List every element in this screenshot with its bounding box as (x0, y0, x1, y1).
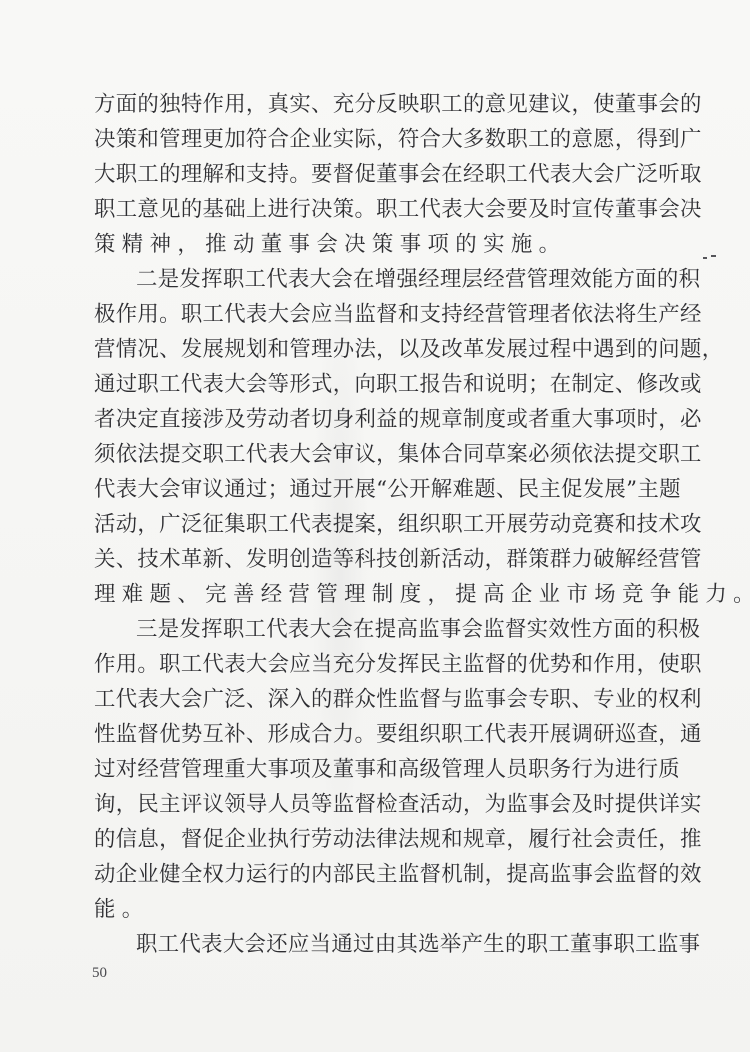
text-line: 职工意见的基础上进行决策。职工代表大会要及时宣传董事会决 (94, 192, 668, 227)
text-line: 职工代表大会还应当通过由其选举产生的职工董事职工监事 (94, 927, 668, 962)
document-page: 方面的独特作用，真实、充分反映职工的意见建议，使董事会的决策和管理更加符合企业实… (0, 0, 750, 1052)
text-line: 通过职工代表大会等形式，向职工报告和说明；在制定、修改或 (94, 367, 668, 402)
text-line: 极作用。职工代表大会应当监督和支持经营管理者依法将生产经 (94, 297, 668, 332)
text-line: 代表大会审议通过；通过开展“公开解难题、民主促发展”主题 (94, 472, 668, 507)
scan-artifact-mark (703, 254, 717, 260)
text-line: 能。 (94, 892, 668, 927)
text-line: 决策和管理更加符合企业实际，符合大多数职工的意愿，得到广 (94, 122, 668, 157)
text-line: 营情况、发展规划和管理办法，以及改革发展过程中遇到的问题， (94, 332, 668, 367)
text-line: 性监督优势互补、形成合力。要组织职工代表开展调研巡查，通 (94, 717, 668, 752)
text-line: 关、技术革新、发明创造等科技创新活动，群策群力破解经营管 (94, 542, 668, 577)
text-line: 二是发挥职工代表大会在增强经理层经营管理效能方面的积 (94, 262, 668, 297)
text-line: 活动，广泛征集职工代表提案，组织职工开展劳动竞赛和技术攻 (94, 507, 668, 542)
text-line: 者决定直接涉及劳动者切身利益的规章制度或者重大事项时，必 (94, 402, 668, 437)
text-line: 策精神，推动董事会决策事项的实施。 (94, 227, 668, 262)
text-line: 大职工的理解和支持。要督促董事会在经职工代表大会广泛听取 (94, 157, 668, 192)
text-line: 过对经营管理重大事项及董事和高级管理人员职务行为进行质 (94, 752, 668, 787)
text-line: 须依法提交职工代表大会审议，集体合同草案必须依法提交职工 (94, 437, 668, 472)
page-number: 50 (92, 965, 107, 982)
text-line: 的信息，督促企业执行劳动法律法规和规章，履行社会责任，推 (94, 822, 668, 857)
text-line: 理难题、完善经营管理制度，提高企业市场竞争能力。 (94, 577, 668, 612)
text-line: 工代表大会广泛、深入的群众性监督与监事会专职、专业的权利 (94, 682, 668, 717)
text-line: 作用。职工代表大会应当充分发挥民主监督的优势和作用，使职 (94, 647, 668, 682)
text-line: 动企业健全权力运行的内部民主监督机制，提高监事会监督的效 (94, 857, 668, 892)
text-line: 三是发挥职工代表大会在提高监事会监督实效性方面的积极 (94, 612, 668, 647)
body-text: 方面的独特作用，真实、充分反映职工的意见建议，使董事会的决策和管理更加符合企业实… (94, 87, 668, 962)
text-line: 询，民主评议领导人员等监督检查活动，为监事会及时提供详实 (94, 787, 668, 822)
text-line: 方面的独特作用，真实、充分反映职工的意见建议，使董事会的 (94, 87, 668, 122)
